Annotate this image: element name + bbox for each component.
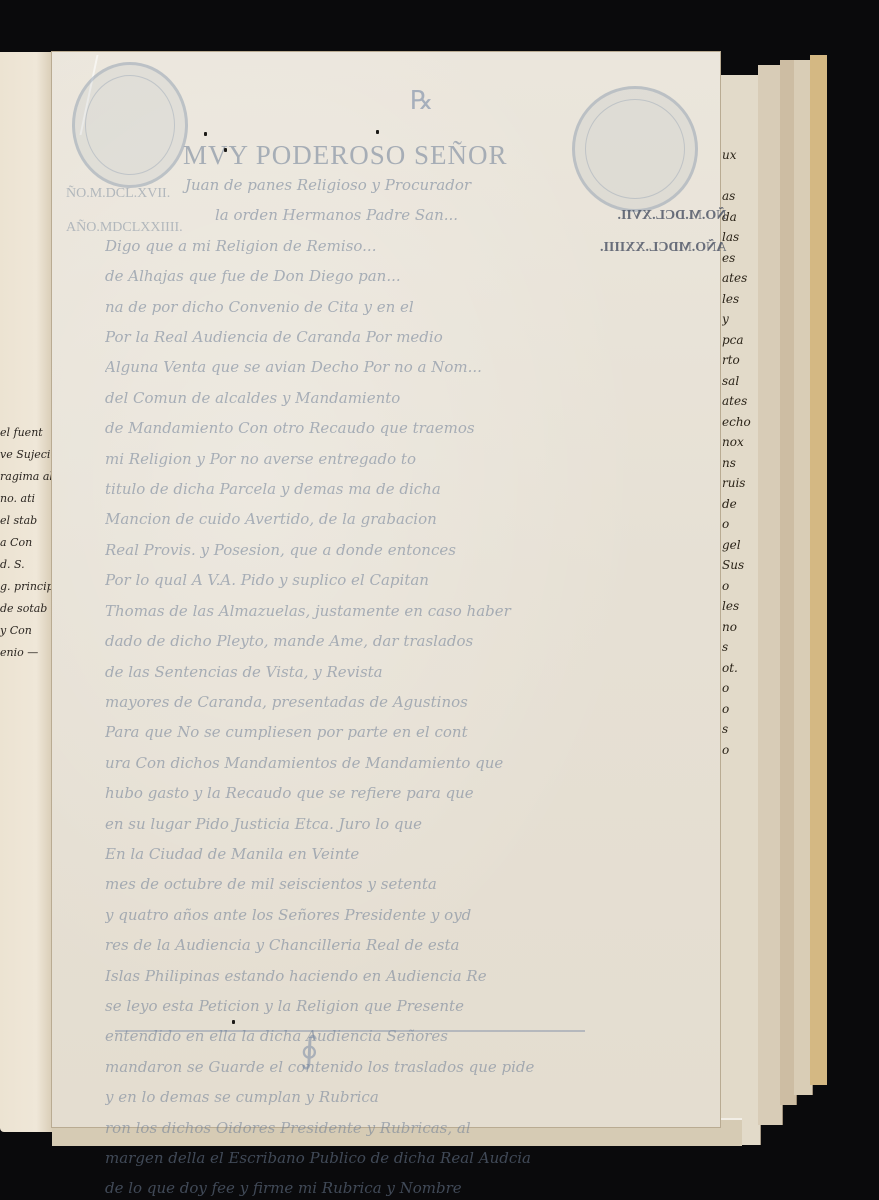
text-line: la orden Hermanos Padre San... [105,200,610,230]
monogram-icon: ℞ [410,86,433,116]
text-line: ns [722,453,760,474]
signature-flourish-icon: ∮ [300,1030,319,1071]
text-line: o [722,576,760,597]
text-line: y en lo demas se cumplan y Rubrica [105,1082,610,1112]
text-line: da [722,207,760,228]
text-line: mayores de Caranda, presentadas de Agust… [105,687,610,717]
text-line: las [722,227,760,248]
text-line: o [722,699,760,720]
text-line: ragima al [0,466,56,488]
text-line: de [722,494,760,515]
text-line: nox [722,432,760,453]
stamp-line: AÑO.MDCL.XXIIII. [600,232,726,264]
text-line: en su lugar Pido Justicia Etca. Juro lo … [105,809,610,839]
text-line: de lo que doy fee y firme mi Rubrica y N… [105,1173,610,1200]
text-line: gel [722,535,760,556]
text-line: no [722,617,760,638]
text-line: dado de dicho Pleyto, mande Ame, dar tra… [105,626,610,656]
text-line: de las Sentencias de Vista, y Revista [105,657,610,687]
text-line: o [722,678,760,699]
text-line: Alguna Venta que se avian Decho Por no a… [105,352,610,382]
text-line: ot. [722,658,760,679]
stamp-year-right: ÑO.M.DCL.XVII. AÑO.MDCL.XXIIII. [600,200,726,264]
text-line: ura Con dichos Mandamientos de Mandamien… [105,748,610,778]
signature-line [115,1030,585,1072]
scan-scene: el fuentve Sujecionragima alno. atiel st… [0,0,879,1200]
text-line: de sotab [0,598,56,620]
text-line: se leyo esta Peticion y la Religion que … [105,991,610,1021]
text-line: Thomas de las Almazuelas, justamente en … [105,596,610,626]
text-line: no. ati [0,488,56,510]
text-line: En la Ciudad de Manila en Veinte [105,839,610,869]
text-line: ron los dichos Oidores Presidente y Rubr… [105,1113,610,1143]
text-line: enio — [0,642,56,664]
text-line: s [722,719,760,740]
text-line: mi Religion y Por no averse entregado to [105,444,610,474]
text-line: Juan de panes Religioso y Procurador [105,170,610,200]
text-line: Real Provis. y Posesion, que a donde ent… [105,535,610,565]
vellum-cover-edge [810,55,827,1085]
text-line: y Con [0,620,56,642]
text-line: Sus [722,555,760,576]
text-line: y [722,309,760,330]
text-line: pca [722,330,760,351]
text-line: o [722,514,760,535]
text-line: ve Sujecion [0,444,56,466]
text-line: Digo que a mi Religion de Remiso... [105,231,610,261]
text-line: a Con [0,532,56,554]
text-line: na de por dicho Convenio de Cita y en el [105,292,610,322]
text-line: Islas Philipinas estando haciendo en Aud… [105,961,610,991]
document-heading: MVY PODEROSO SEÑOR [183,140,508,171]
text-line: de Alhajas que fue de Don Diego pan... [105,261,610,291]
text-line: hubo gasto y la Recaudo que se refiere p… [105,778,610,808]
text-line: Por la Real Audiencia de Caranda Por med… [105,322,610,352]
text-line: margen della el Escribano Publico de dic… [105,1143,610,1173]
text-line: rto [722,350,760,371]
stamp-line: ÑO.M.DCL.XVII. [600,200,726,232]
text-line: s [722,637,760,658]
text-line: Para que No se cumpliesen por parte en e… [105,717,610,747]
text-line: Mancion de cuido Avertido, de la grabaci… [105,504,610,534]
text-line: titulo de dicha Parcela y demas ma de di… [105,474,610,504]
text-line: les [722,596,760,617]
text-line: ux [722,145,760,166]
text-line: y quatro años ante los Señores President… [105,900,610,930]
text-line: de Mandamiento Con otro Recaudo que trae… [105,413,610,443]
text-line: ruis [722,473,760,494]
text-line: sal [722,371,760,392]
text-line: ates [722,268,760,289]
text-line: ates [722,391,760,412]
text-line [722,166,760,187]
text-line: g. princip [0,576,56,598]
text-line: les [722,289,760,310]
text-line: el fuent [0,422,56,444]
text-line: del Comun de alcaldes y Mandamiento [105,383,610,413]
left-margin-text: el fuentve Sujecionragima alno. atiel st… [0,422,56,664]
text-line: echo [722,412,760,433]
text-line: Por lo qual A V.A. Pido y suplico el Cap… [105,565,610,595]
text-line: mes de octubre de mil seiscientos y sete… [105,869,610,899]
text-line: el stab [0,510,56,532]
text-line: o [722,740,760,761]
text-line: as [722,186,760,207]
text-line: d. S. [0,554,56,576]
left-page-fragment: el fuentve Sujecionragima alno. atiel st… [0,52,53,1132]
right-edge-text: uxasdalasesateslesypcartosalatesechonoxn… [722,145,760,760]
text-line: res de la Audiencia y Chancilleria Real … [105,930,610,960]
text-line: es [722,248,760,269]
